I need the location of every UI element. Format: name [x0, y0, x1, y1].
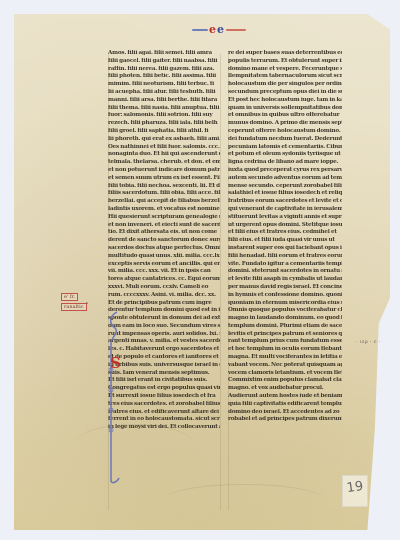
text-line: lii phoreth. qui erat ex asbaeh. filii a… [108, 136, 220, 144]
folio-label-tab: 19 [342, 475, 368, 507]
text-line: Audierunt autem hostes iude et beniamin [228, 393, 342, 401]
text-line: in urbibus suis. universusque israel in … [108, 362, 220, 370]
text-line: raffin. filii nerea. filii gazem. filii … [108, 66, 220, 74]
running-head: e e [192, 24, 262, 36]
text-line: filii gaocel. filii gaiter. filii naabsa… [108, 58, 220, 66]
text-line: munus domino. A primo die mensis septimi [228, 120, 342, 128]
text-line: derentur templum domini quod est in ieru… [108, 307, 220, 315]
text-line: mense secundo. ceperunt zorobabel filius [228, 183, 342, 191]
margin-reference-note: · ιερ · c · [356, 340, 381, 345]
text-line: tres eius sacerdotes. et zorobabel filiu… [108, 401, 220, 409]
text-line: qui venerant de captivitate in ierusalem… [228, 206, 342, 214]
text-line: iuxta quod preceperat cyrus rex persarum… [228, 167, 342, 175]
text-line: ligna cedrina de libano ad mare ioppe. [228, 159, 342, 167]
text-line: argenti mnas. v. milia. et vestes sacerd… [108, 338, 220, 346]
ruling-line [220, 54, 221, 510]
text-line: filii groel. filii saphatia. filii athil… [108, 128, 220, 136]
text-line: filii tobia. filii nechoa. sexcenti. lii… [108, 183, 220, 191]
text-line: magno. et vox audiebatur procul. [228, 385, 342, 393]
text-line: vabant vocem. Nec poterat quisquam agnos… [228, 362, 342, 370]
text-line: llempnitatem tabernaculorum sicut script… [228, 73, 342, 81]
left-text-column: Amos. filii agai. filii semei. filii amr… [108, 50, 220, 432]
text-line: runt impensas operis. auri solidos. lxi.… [108, 331, 220, 339]
margin-note: ranaltic [61, 303, 87, 311]
text-line: stituerunt levitas a viginti annis et su… [228, 214, 342, 222]
text-line: et semen suum utrum ex isrl essent. Fili… [108, 175, 220, 183]
text-line: filii eius. et filii iuda quasi vir unus… [228, 237, 342, 245]
text-line: templum domini. Plurimi etiam de sacerdo… [228, 323, 342, 331]
text-line: ferrent in eo holocaustomata. sicut scri… [108, 416, 220, 424]
margin-mark: s [86, 300, 88, 305]
text-line: in hymnis et confessione domino. quoniam… [228, 292, 342, 300]
text-line: ceperunt offerre holocaustum domino. Por… [228, 128, 342, 136]
text-line: Commixtim enim populus clamabat clamore [228, 377, 342, 385]
text-line: et filii eius et fratres eius. cedmihel … [228, 229, 342, 237]
text-line: vocem clamoris letantium. et vocem fletu… [228, 370, 342, 378]
text-line: populis terrarum. Et obtulerunt super il… [228, 58, 342, 66]
text-line: magna. Et multi vociferantes in letitia … [228, 354, 342, 362]
text-line: nonaginta duo. Et hii qui ascenderunt de [108, 151, 220, 159]
text-line: autem secundo adventus eorum ad templum … [228, 175, 342, 183]
text-line: sacerdos doctus atque perfectus. Omnis [108, 245, 220, 253]
text-line: suis. Iam venerat mensis septimus. [108, 370, 220, 378]
text-line: ladintis uxorem. et vocatus est nomine e… [108, 206, 220, 214]
text-line: vite. Fundato igitur a cementariis templ… [228, 261, 342, 269]
text-line: quoniam in eternum misericordia eius sup… [228, 300, 342, 308]
text-line: domino deo israel. Et accedentes ad zo [228, 409, 342, 417]
running-head-letter: e [209, 24, 216, 36]
folio-number: 19 [342, 478, 368, 496]
text-line: fratribus eorum sacerdotes et levite et … [228, 198, 342, 206]
decorated-initial: S [108, 355, 123, 371]
text-line: levitis et principes patrum et seniores … [228, 331, 342, 339]
text-line: dam eam in loco suo. Secundum vires suas… [108, 323, 220, 331]
text-line: fuor: salomonis. filii sotrion. filii su… [108, 112, 220, 120]
text-line: pecuniam latomis et cementariis. Cibum q… [228, 144, 342, 152]
blue-penwork-border-icon [103, 310, 123, 488]
text-line: Oes nathinnei et filii fuor. salomis. cc… [108, 144, 220, 152]
text-line: et omnibus in quibus ultro offerebatur [228, 112, 342, 120]
running-head-letter: e [217, 24, 224, 36]
text-line: Omnis quoque populus vociferabatur clamo… [228, 307, 342, 315]
text-line: et potum et oleum sydoniis tyriisque ut … [228, 151, 342, 159]
text-line: tio. Et dixit athersata eis. ut non come [108, 229, 220, 237]
text-line: manni. filii arsa. filii berthe. filii f… [108, 97, 220, 105]
text-line: exceptis servis eorum et ancillis. qui e… [108, 261, 220, 269]
text-line: et hoc templum in oculis eorum flebant v… [228, 346, 342, 354]
text-line: domino mane et vespere. Feceruntque so [228, 66, 342, 74]
text-line: quia filii captivitatis edificarent temp… [228, 401, 342, 409]
parchment-crease [164, 484, 324, 515]
text-line: Congregatus est ergo populus quasi vir u… [108, 385, 220, 393]
text-line: filiis sacerdotum. filii obia. filii acc… [108, 190, 220, 198]
text-line: dei fundatum necdum fuerat. Dederunt aut… [228, 136, 342, 144]
text-line: Et filii isrl erant in civitatibus suis. [108, 377, 220, 385]
text-line: et levite filii asaph in cymbalis ut lau… [228, 276, 342, 284]
text-line: derent de sancto sanctorum donec surgere… [108, 237, 220, 245]
text-line: Et post hec holocaustum iuge. tam in kal… [228, 97, 342, 105]
text-line: per manus david regis israel. Et concine… [228, 284, 342, 292]
text-line: quam in universis sollempnitatibus domin… [228, 105, 342, 113]
text-line: holocaustum die per singulos per ordinem [228, 81, 342, 89]
text-line: tores atque cantatrices. cc. Equi eorum.… [108, 276, 220, 284]
text-line: Hii quesierunt scripturam genealogie sue [108, 214, 220, 222]
text-line: instarent super eos qui faciebant opus i… [228, 245, 342, 253]
text-line: telmala. thelarsa. cherub. et don. et em… [108, 159, 220, 167]
text-line: domini. steterunt sacerdotes in ornatu s… [228, 268, 342, 276]
text-line: et non potuerunt indicare domum patrum s… [108, 167, 220, 175]
text-line: secundum preceptum opus diei in die suo. [228, 89, 342, 97]
text-line: berzellai. qui accepit de filiabus berze… [108, 198, 220, 206]
text-line: rant templum prius cum fundatum esset [228, 338, 342, 346]
blue-pen-flourish [192, 29, 208, 31]
text-line: filii henadad. filii eorum et fratres eo… [228, 253, 342, 261]
text-line: filii photen. filii betic. filii assima.… [108, 73, 220, 81]
text-line: fratres eius. et edificaverunt altare de… [108, 409, 220, 417]
text-line: ut urgerent opus domini. Stetitque iosue [228, 222, 342, 230]
text-line: les. c. Habitaverunt ergo sacerdotes et … [108, 346, 220, 354]
text-line: lii acuepha. filii afur. filii teshuth. … [108, 89, 220, 97]
text-line: Amos. filii agai. filii semei. filii amr… [108, 50, 220, 58]
text-line: xxxvi. Muli eorum. ccxlv. Cameli eo [108, 284, 220, 292]
text-line: magno in laudando dominum. eo quod funda… [228, 315, 342, 323]
text-line: rum. ccccxxxv. Asini. vi. milia. dcc. xx… [108, 292, 220, 300]
text-line: vii. milia. ccc. xxx. vii. Et in ipsis c… [108, 268, 220, 276]
text-line: robabel et ad principes patrum dixerunt … [228, 416, 342, 424]
right-text-column: re dei super bases suas deterrentibus eo… [228, 50, 342, 424]
margin-note: e' fr. [61, 293, 78, 301]
text-line: in lege moysi viri dei. Et collocaverunt… [108, 424, 220, 432]
text-line: mimim. filii neoturism. filii terbuc. fi [108, 81, 220, 89]
text-line: multitudo quasi unus. xlii. milia. ccc.l… [108, 253, 220, 261]
text-line: re dei super bases suas deterrentibus eo… [228, 50, 342, 58]
text-line: salathiel et iosue filius iosedech et re… [228, 190, 342, 198]
text-line: rezech. filii pharuza. filii iala. filii… [108, 120, 220, 128]
text-line: sponte obtulerunt in domum dei ad extrue… [108, 315, 220, 323]
text-line: filii thema. filii nasia. filii anuptua.… [108, 105, 220, 113]
text-line: et non inveneri. et eiecti sunt de sacer… [108, 222, 220, 230]
text-line: et de populo et cantores et ianitores et… [108, 354, 220, 362]
text-line: Et surrexit iosue filius iosedech et fra [108, 393, 220, 401]
text-line: Et de principibus patrum cum ingre [108, 300, 220, 308]
red-pen-flourish [226, 29, 246, 31]
